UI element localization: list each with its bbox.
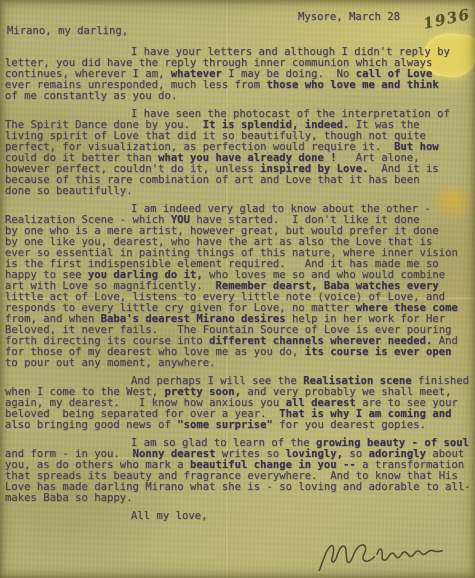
- paragraphs: I have your letters and although I didn'…: [5, 47, 473, 504]
- salutation: Mirano, my darling,: [7, 25, 128, 37]
- letter-line: also bringing good news of "some surpris…: [5, 420, 473, 431]
- letter-line: done so beautifully.: [5, 186, 473, 197]
- paragraph: I am so glad to learn of the growing bea…: [5, 438, 473, 504]
- letter-line: of me constantly as you do.: [5, 91, 473, 102]
- corner-darkening: [0, 518, 70, 578]
- dateline: Mysore, March 28: [298, 11, 400, 23]
- letter-page: Mysore, March 28 1936 Mirano, my darling…: [0, 0, 475, 578]
- signature-stroke: [313, 528, 452, 578]
- paragraph: And perhaps I will see the Realisation s…: [5, 376, 473, 431]
- closing: All my love,: [5, 511, 473, 522]
- letter-line: to pour out any moment, anywhere.: [5, 358, 473, 369]
- handwritten-year: 1936: [422, 5, 472, 33]
- letter-body: I have your letters and although I didn'…: [5, 47, 473, 522]
- signature: [313, 528, 452, 578]
- letter-line: makes Baba so happy.: [5, 493, 473, 504]
- paragraph: I have seen the photocast of the interpr…: [5, 109, 473, 197]
- paragraph: I am indeed very glad to know about the …: [5, 204, 473, 369]
- paragraph: I have your letters and although I didn'…: [5, 47, 473, 102]
